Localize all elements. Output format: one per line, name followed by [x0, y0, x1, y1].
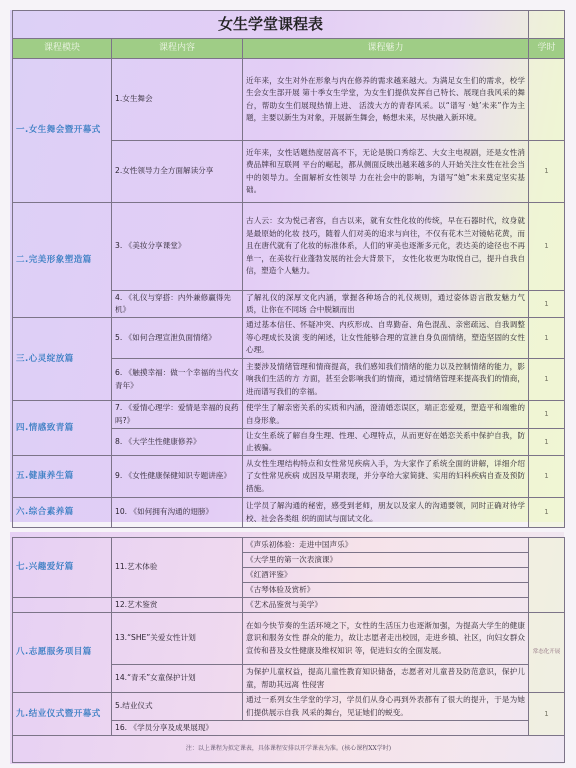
module-name: 一.女生舞会暨开幕式: [13, 59, 112, 203]
course-desc: 通过一系列女生学堂的学习，学员们从身心再到外表都有了很大的提升，于是为她们提供展…: [243, 693, 529, 721]
course-desc: 通过基本信任、怀疑冲突、内疚形成、自卑勤奋、角色混乱、亲密疏远、自我调整等心理成…: [243, 318, 529, 359]
course-desc: 让女生系统了解自身生理、性理、心理特点，从而更好在婚恋关系中保护自我，防止被骗。: [243, 429, 529, 456]
course-table-2: 七.兴趣爱好篇 11.艺术体验 《声乐初体验：走进中国声乐》 《大学里的第一次表…: [12, 537, 565, 763]
course-content: 11.艺术体验: [112, 538, 243, 598]
course-hours: 1: [529, 456, 565, 498]
course-content: 9. 《女性健康保健知识专题讲座》: [112, 456, 243, 498]
course-desc: 《艺术品鉴赏与美学》: [243, 598, 529, 613]
course-hours: 1: [529, 693, 565, 736]
course-desc: 使学生了解亲密关系的实质和内涵，澄清婚恋误区，端正恋爱观，塑造平和端雅的自身形象…: [243, 401, 529, 429]
course-item: 《古琴体验及赏析》: [243, 583, 529, 598]
module-name: 五.健康养生篇: [13, 456, 112, 498]
course-hours: 1: [529, 401, 565, 429]
module-name: 三.心灵绽放篇: [13, 318, 112, 401]
course-desc: 古人云：女为悦己者容，自古以来，就有女性化妆的传统，早在石器时代，纹身就是最原始…: [243, 203, 529, 291]
course-desc: 为保护儿童权益，提高儿童性教育知识储备，志愿者对儿童普及防范意识，保护儿童，帮助…: [243, 665, 529, 693]
course-content: 5.结业仪式: [112, 693, 243, 721]
course-hours-note: 常态化开展: [529, 613, 565, 693]
module-name: 七.兴趣爱好篇: [13, 538, 112, 598]
course-content: 3. 《美妆分享课堂》: [112, 203, 243, 291]
course-desc: 在如今快节奏的生活环境之下，女性的生活压力也逐渐加强，为提高大学生的健康意识和服…: [243, 613, 529, 665]
course-content: 8. 《大学生性健康修养》: [112, 429, 243, 456]
course-desc: 主要涉及情绪管理和情商提高，我们感知我们情绪的能力以及控制情绪的能力，影响我们生…: [243, 359, 529, 401]
module-name: 八.志愿服务项目篇: [13, 613, 112, 693]
course-hours: 1: [529, 141, 565, 203]
course-content: 7. 《爱情心理学：爱情是幸福的良药吗?》: [112, 401, 243, 429]
course-hours: 1: [529, 318, 565, 359]
module-name: 九.结业仪式暨开幕式: [13, 693, 112, 736]
course-desc: 让学员了解沟通的秘密，感受到老师，朋友以及家人的沟通要领，同时正确对待学校、社会…: [243, 498, 529, 528]
course-hours: 1: [529, 429, 565, 456]
course-content: 10. 《如何拥有沟通的翅膀》: [112, 498, 243, 528]
course-table-1: 女生学堂课程表 课程模块 课程内容 课程魅力 学时 一.女生舞会暨开幕式 1.女…: [12, 10, 565, 528]
course-hours: [529, 538, 565, 613]
course-item: 《声乐初体验：走进中国声乐》: [243, 538, 529, 553]
course-desc: 近年来，女生对外在形象与内在修养的需求越来越大。为满足女生们的需求，校学生会女生…: [243, 59, 529, 141]
course-content: 12.艺术鉴赏: [112, 598, 243, 613]
course-desc: 近年来，女性话题热度居高不下，无论是脱口秀综艺、大女主电视剧，还是女性消费品牌和…: [243, 141, 529, 203]
header-module: 课程模块: [13, 39, 112, 59]
schedule-sheet-part2: 七.兴趣爱好篇 11.艺术体验 《声乐初体验：走进中国声乐》 《大学里的第一次表…: [10, 532, 564, 764]
course-content: 14.“青禾”女童保护计划: [112, 665, 243, 693]
course-hours: 1: [529, 498, 565, 528]
header-content: 课程内容: [112, 39, 243, 59]
page-title: 女生学堂课程表: [13, 11, 529, 39]
course-content: 2.女性领导力全方面解读分享: [112, 141, 243, 203]
course-content: 6. 《触摸幸福：做一个幸福的当代女青年》: [112, 359, 243, 401]
course-hours: 1: [529, 359, 565, 401]
header-charm: 课程魅力: [243, 39, 529, 59]
course-item: 《红酒评鉴》: [243, 568, 529, 583]
module-name: 四.情感致青篇: [13, 401, 112, 456]
course-content: 13.“SHE”关爱女性计划: [112, 613, 243, 665]
course-item: 《大学里的第一次表演课》: [243, 553, 529, 568]
course-content: 4. 《礼仪与穿搭：内外兼修赢得先机》: [112, 291, 243, 318]
course-content: 16. 《学员分享及成果展现》: [112, 721, 529, 736]
course-hours: 1: [529, 203, 565, 291]
course-hours: 1: [529, 291, 565, 318]
schedule-sheet-part1: 女生学堂课程表 课程模块 课程内容 课程魅力 学时 一.女生舞会暨开幕式 1.女…: [10, 10, 564, 522]
module-name: 六.综合素养篇: [13, 498, 112, 528]
course-content: 5. 《如何合理宣泄负面情绪》: [112, 318, 243, 359]
course-desc: 了解礼仪的深厚文化内涵，掌握各种场合的礼仪规则，通过姿体语言散发魅力气质，让你在…: [243, 291, 529, 318]
course-content: 1.女生舞会: [112, 59, 243, 141]
module-name: 二.完美形象塑造篇: [13, 203, 112, 318]
course-desc: 从女性生理结构特点和女性常见疾病入手，为大家作了系统全面的讲解，详细介绍了女性常…: [243, 456, 529, 498]
title-blank-cell: [529, 11, 565, 39]
footnote: 注：以上课程为拟定课表，具体课程安排以开学课表为准。(核心课程XX学时): [13, 736, 565, 763]
course-hours: [529, 59, 565, 141]
header-hours: 学时: [529, 39, 565, 59]
